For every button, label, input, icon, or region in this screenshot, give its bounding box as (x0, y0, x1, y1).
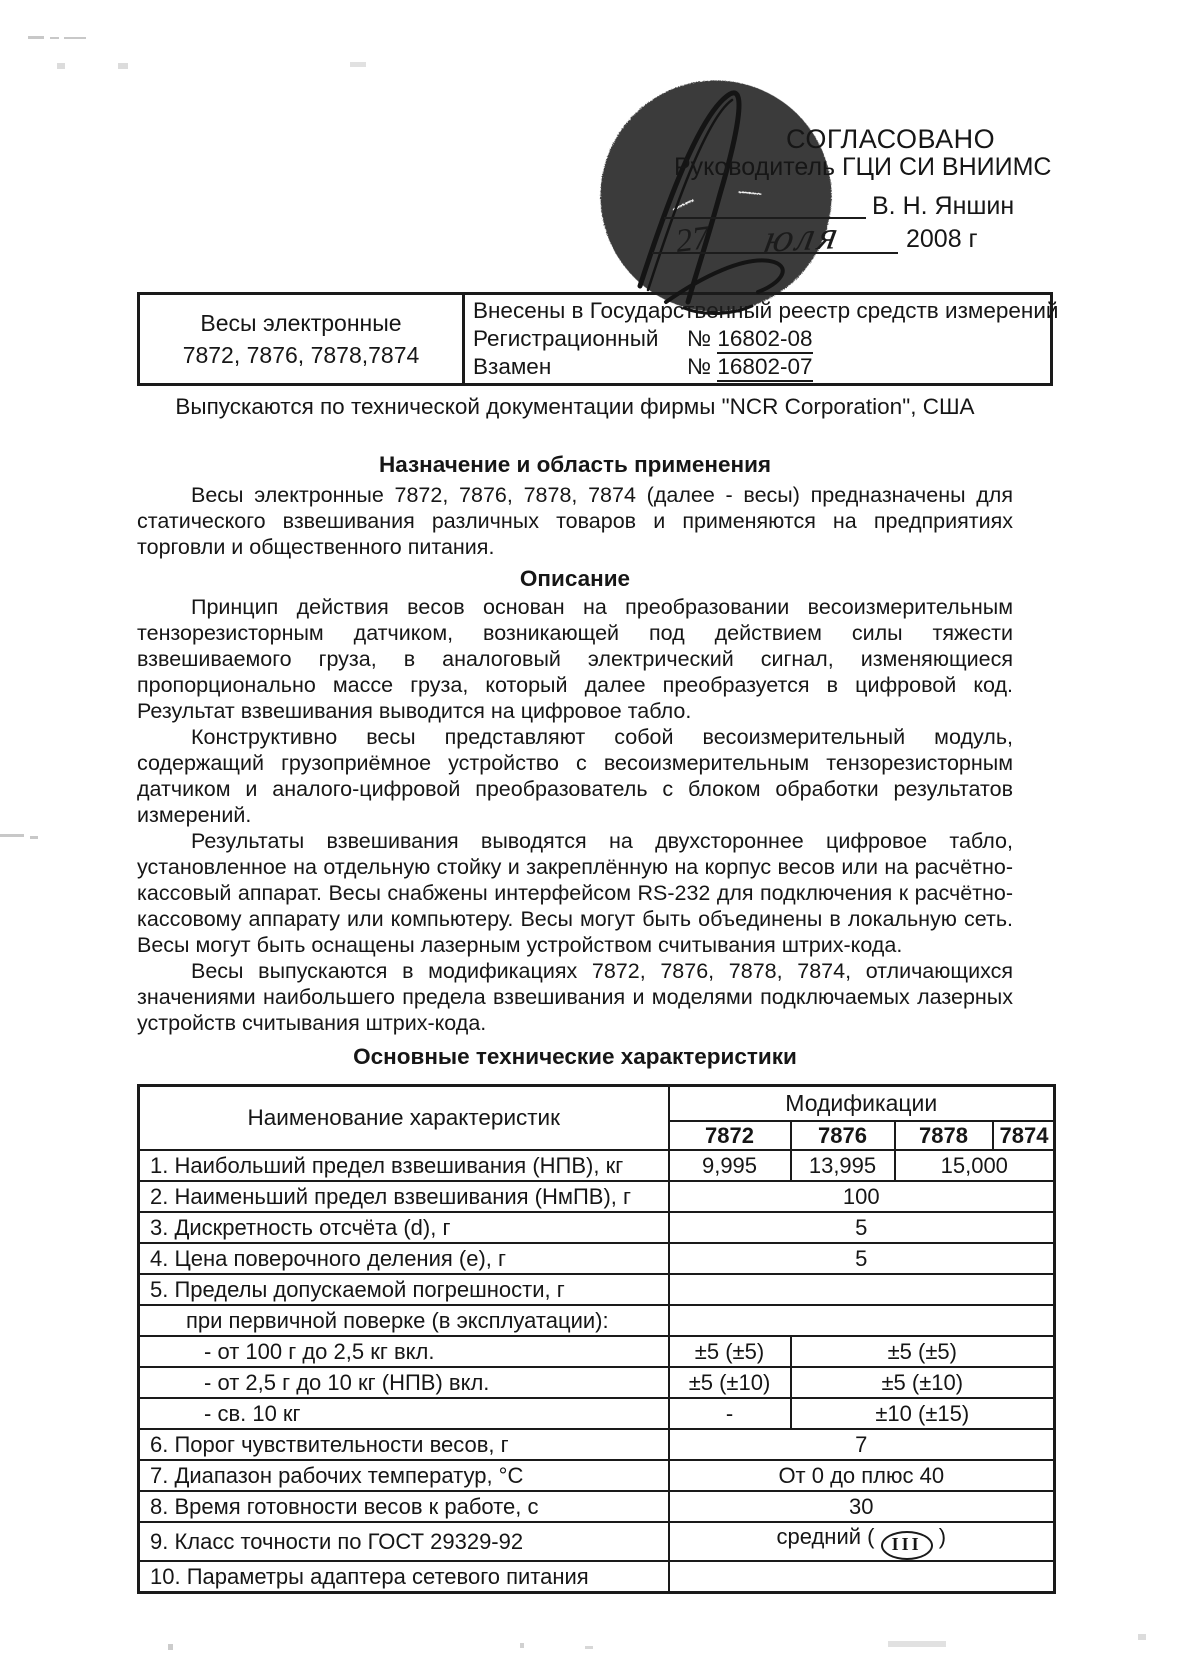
spec-row: 8. Время готовности весов к работе, с30 (139, 1491, 1055, 1522)
spec-label: 3. Дискретность отсчёта (d), г (139, 1212, 669, 1243)
spec-value: ±5 (±10) (669, 1367, 791, 1398)
release-note: Выпускаются по технической документации … (137, 394, 1013, 420)
spec-value: 15,000 (895, 1150, 1055, 1181)
spec-row: 2. Наименьший предел взвешивания (НмПВ),… (139, 1181, 1055, 1212)
purpose-section-title: Назначение и область применения (137, 452, 1013, 478)
description-paragraph: Весы выпускаются в модификациях 7872, 78… (137, 958, 1013, 1036)
spec-value: 5 (669, 1212, 1055, 1243)
approval-year-label: 2008 г (906, 225, 978, 254)
document-content: Весы электронные 7872, 7876, 7878,7874 В… (137, 292, 1053, 1594)
specs-name-column-header: Наименование характеристик (139, 1086, 669, 1151)
paragraph-line: пропорционально массе груза, который дал… (137, 672, 1013, 698)
spec-value (669, 1274, 1055, 1305)
spec-label: 7. Диапазон рабочих температур, °С (139, 1460, 669, 1491)
spec-label: при первичной поверке (в эксплуатации): (139, 1305, 669, 1336)
replacement-number: № 16802-07 (687, 354, 813, 382)
paragraph-line: Весы выпускаются в модификациях 7872, 78… (137, 958, 1013, 984)
spec-label: - от 100 г до 2,5 кг вкл. (139, 1336, 669, 1367)
spec-label: 10. Параметры адаптера сетевого питания (139, 1561, 669, 1593)
description-paragraph: Принцип действия весов основан на преобр… (137, 594, 1013, 724)
paragraph-line: Конструктивно весы представляют собой ве… (137, 724, 1013, 750)
replacement-number-line: Взамен№ 16802-07 (473, 353, 1048, 381)
paragraph-line: устройств считывания штрих-кода. (137, 1010, 1013, 1036)
handwritten-day: 27 (674, 220, 711, 261)
spec-row: 10. Параметры адаптера сетевого питания (139, 1561, 1055, 1593)
spec-row: 7. Диапазон рабочих температур, °СОт 0 д… (139, 1460, 1055, 1491)
spec-value: - (669, 1398, 791, 1429)
spec-row: 1. Наибольший предел взвешивания (НПВ), … (139, 1150, 1055, 1181)
product-cell: Весы электронные 7872, 7876, 7878,7874 (139, 294, 464, 385)
description-paragraph: Результаты взвешивания выводятся на двух… (137, 828, 1013, 958)
approval-agreed-label: СОГЛАСОВАНО (786, 124, 995, 155)
scan-artifact (1138, 1634, 1146, 1640)
paragraph-line: Принцип действия весов основан на преобр… (137, 594, 1013, 620)
spec-value: От 0 до плюс 40 (669, 1460, 1055, 1491)
paragraph-line: датчиком и аналого-цифровой преобразоват… (137, 776, 1013, 802)
scan-artifact (50, 37, 59, 39)
paragraph-line: тензорезисторным датчиком, возникающей п… (137, 620, 1013, 646)
specs-table: Наименование характеристик Модификации 7… (137, 1084, 1056, 1594)
handwritten-month: юля (761, 211, 846, 262)
model-column-header: 7876 (791, 1121, 895, 1150)
specs-group-header: Модификации (669, 1086, 1055, 1122)
spec-value: 100 (669, 1181, 1055, 1212)
spec-row: - от 100 г до 2,5 кг вкл.±5 (±5)±5 (±5) (139, 1336, 1055, 1367)
scan-artifact (520, 1643, 524, 1648)
scan-artifact (64, 37, 86, 39)
paragraph-line: установленное на отдельную стойку и закр… (137, 854, 1013, 880)
spec-row: при первичной поверке (в эксплуатации): (139, 1305, 1055, 1336)
paragraph-line: Результат взвешивания выводится на цифро… (137, 698, 1013, 724)
spec-value: ±10 (±15) (791, 1398, 1055, 1429)
replacement-label: Взамен (473, 353, 687, 381)
paragraph-line: торговли и общественного питания. (137, 534, 1013, 560)
paragraph-line: кассовый аппарат. Весы снабжены интерфей… (137, 880, 1013, 906)
specs-section-title: Основные технические характеристики (137, 1044, 1013, 1070)
spec-label: 1. Наибольший предел взвешивания (НПВ), … (139, 1150, 669, 1181)
product-models: 7872, 7876, 7878,7874 (141, 339, 461, 371)
scan-artifact (585, 1646, 593, 1649)
paragraph-line: измерений. (137, 802, 1013, 828)
spec-value: ±5 (±10) (791, 1367, 1055, 1398)
spec-row: - от 2,5 г до 10 кг (НПВ) вкл.±5 (±10)±5… (139, 1367, 1055, 1398)
spec-value: 30 (669, 1491, 1055, 1522)
approval-head-label: Руководитель ГЦИ СИ ВНИИМС (674, 153, 1051, 182)
spec-label: 5. Пределы допускаемой погрешности, г (139, 1274, 669, 1305)
official-stamp: ФЕДЕРАЛЬНОЕ АГЕНТСТВО ПО ТЕХНИЧЕСКОМУ РЕ… (576, 56, 886, 356)
spec-value: 7 (669, 1429, 1055, 1460)
purpose-paragraph: Весы электронные 7872, 7876, 7878, 7874 … (137, 482, 1013, 560)
paragraph-line: Весы электронные 7872, 7876, 7878, 7874 … (137, 482, 1013, 508)
approval-signer-name: В. Н. Яншин (872, 192, 1014, 221)
spec-value (669, 1305, 1055, 1336)
spec-label: 4. Цена поверочного деления (е), г (139, 1243, 669, 1274)
spec-label: 6. Порог чувствительности весов, г (139, 1429, 669, 1460)
scan-artifact (30, 836, 38, 839)
paragraph-line: Результаты взвешивания выводятся на двух… (137, 828, 1013, 854)
scan-artifact (118, 63, 128, 69)
scan-artifact (28, 36, 44, 39)
paragraph-line: кассовому аппарату или компьютеру. Весы … (137, 906, 1013, 932)
accuracy-class-symbol: III (881, 1531, 933, 1560)
spec-label: 2. Наименьший предел взвешивания (НмПВ),… (139, 1181, 669, 1212)
spec-label: 8. Время готовности весов к работе, с (139, 1491, 669, 1522)
paragraph-line: значениями наибольшего предела взвешиван… (137, 984, 1013, 1010)
specs-header-row: Наименование характеристик Модификации (139, 1086, 1055, 1122)
document-page: ФЕДЕРАЛЬНОЕ АГЕНТСТВО ПО ТЕХНИЧЕСКОМУ РЕ… (0, 0, 1184, 1655)
spec-label: - от 2,5 г до 10 кг (НПВ) вкл. (139, 1367, 669, 1398)
spec-value: 13,995 (791, 1150, 895, 1181)
paragraph-line: взвешиваемого груза, в аналоговый электр… (137, 646, 1013, 672)
spec-label: - св. 10 кг (139, 1398, 669, 1429)
spec-value: ±5 (±5) (791, 1336, 1055, 1367)
description-section-title: Описание (137, 566, 1013, 592)
scan-artifact (350, 62, 366, 67)
spec-value: средний ( III ) (669, 1522, 1055, 1561)
paragraph-line: Весы могут быть оснащены лазерным устрой… (137, 932, 1013, 958)
scan-artifact (168, 1644, 173, 1650)
spec-value: ±5 (±5) (669, 1336, 791, 1367)
scan-artifact (0, 834, 24, 837)
spec-row: 5. Пределы допускаемой погрешности, г (139, 1274, 1055, 1305)
spec-row: 4. Цена поверочного деления (е), г5 (139, 1243, 1055, 1274)
model-column-header: 7878 (895, 1121, 993, 1150)
scan-artifact (888, 1641, 946, 1647)
paragraph-line: статического взвешивания различных товар… (137, 508, 1013, 534)
spec-row: 6. Порог чувствительности весов, г7 (139, 1429, 1055, 1460)
date-line (652, 252, 898, 254)
scan-artifact (57, 63, 65, 69)
spec-value (669, 1561, 1055, 1593)
model-column-header: 7874 (993, 1121, 1055, 1150)
spec-label: 9. Класс точности по ГОСТ 29329-92 (139, 1522, 669, 1561)
spec-value: 5 (669, 1243, 1055, 1274)
spec-row: 9. Класс точности по ГОСТ 29329-92средни… (139, 1522, 1055, 1561)
description-paragraph: Конструктивно весы представляют собой ве… (137, 724, 1013, 828)
model-column-header: 7872 (669, 1121, 791, 1150)
spec-row: 3. Дискретность отсчёта (d), г5 (139, 1212, 1055, 1243)
spec-row: - св. 10 кг-±10 (±15) (139, 1398, 1055, 1429)
paragraph-line: содержащий грузоприёмное устройство с ве… (137, 750, 1013, 776)
spec-value: 9,995 (669, 1150, 791, 1181)
product-name: Весы электронные (141, 307, 461, 339)
